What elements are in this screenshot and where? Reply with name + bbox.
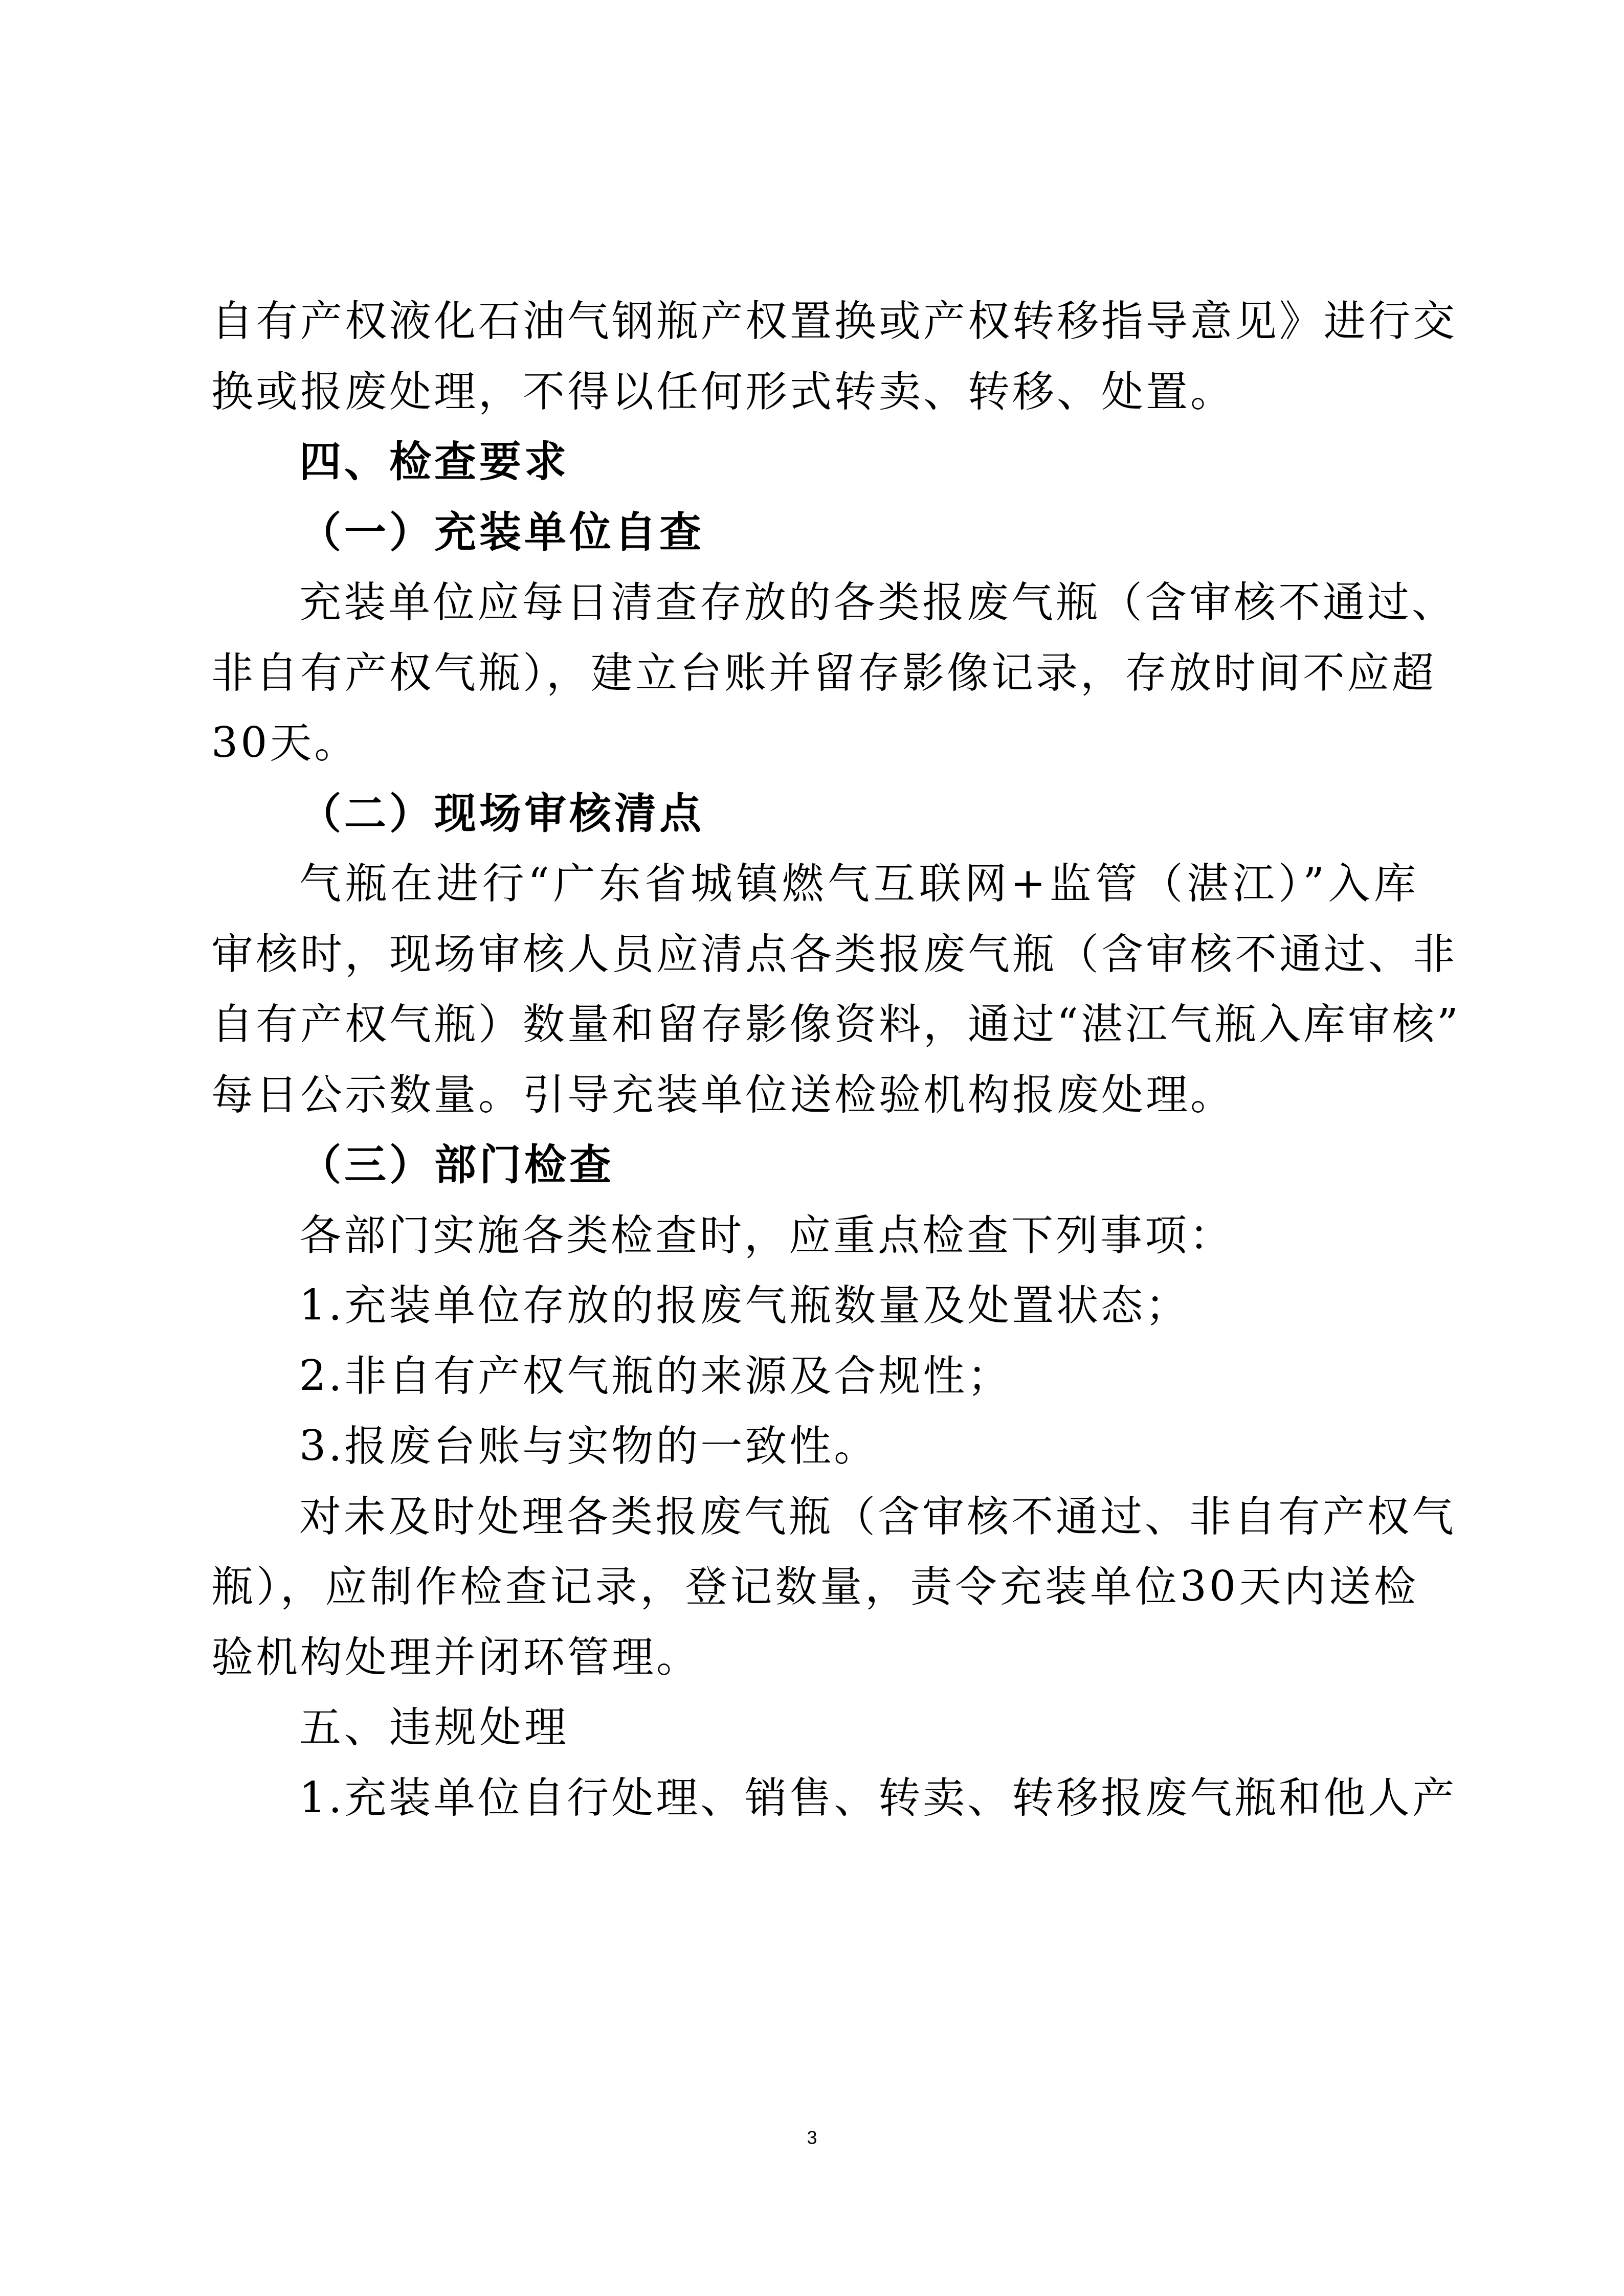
subsection-heading-3: （三）部门检查 bbox=[211, 1130, 1418, 1201]
paragraph-line: 30天。 bbox=[211, 708, 1418, 779]
paragraph-line: 1.充装单位自行处理、销售、转卖、转移报废气瓶和他人产 bbox=[211, 1763, 1418, 1834]
subsection-heading-1: （一）充装单位自查 bbox=[211, 498, 1418, 568]
paragraph-line: 验机构处理并闭环管理。 bbox=[211, 1623, 1418, 1693]
document-body: 自有产权液化石油气钢瓶产权置换或产权转移指导意见》进行交 换或报废处理，不得以任… bbox=[211, 286, 1418, 1833]
document-page: 自有产权液化石油气钢瓶产权置换或产权转移指导意见》进行交 换或报废处理，不得以任… bbox=[0, 0, 1624, 2296]
paragraph-line: 各部门实施各类检查时，应重点检查下列事项： bbox=[211, 1201, 1418, 1271]
list-item: 2.非自有产权气瓶的来源及合规性； bbox=[211, 1341, 1418, 1412]
subsection-heading-2: （二）现场审核清点 bbox=[211, 779, 1418, 849]
section-heading-5: 五、违规处理 bbox=[211, 1693, 1418, 1763]
paragraph-line: 非自有产权气瓶），建立台账并留存影像记录，存放时间不应超 bbox=[211, 638, 1418, 709]
paragraph-line: 对未及时处理各类报废气瓶（含审核不通过、非自有产权气 bbox=[211, 1482, 1418, 1552]
paragraph-line: 每日公示数量。引导充装单位送检验机构报废处理。 bbox=[211, 1060, 1418, 1131]
paragraph-line: 充装单位应每日清查存放的各类报废气瓶（含审核不通过、 bbox=[211, 568, 1418, 638]
paragraph-line: 自有产权气瓶）数量和留存影像资料，通过“湛江气瓶入库审核” bbox=[211, 989, 1418, 1060]
page-number: 3 bbox=[0, 2127, 1624, 2149]
paragraph-line: 自有产权液化石油气钢瓶产权置换或产权转移指导意见》进行交 bbox=[211, 286, 1418, 357]
paragraph-line: 气瓶在进行“广东省城镇燃气互联网+监管（湛江）”入库 bbox=[211, 849, 1418, 919]
paragraph-line: 瓶），应制作检查记录，登记数量，责令充装单位30天内送检 bbox=[211, 1552, 1418, 1623]
list-item: 3.报废台账与实物的一致性。 bbox=[211, 1411, 1418, 1482]
paragraph-line: 审核时，现场审核人员应清点各类报废气瓶（含审核不通过、非 bbox=[211, 919, 1418, 990]
list-item: 1.充装单位存放的报废气瓶数量及处置状态； bbox=[211, 1271, 1418, 1341]
section-heading-4: 四、检查要求 bbox=[211, 427, 1418, 498]
paragraph-line: 换或报废处理，不得以任何形式转卖、转移、处置。 bbox=[211, 357, 1418, 427]
